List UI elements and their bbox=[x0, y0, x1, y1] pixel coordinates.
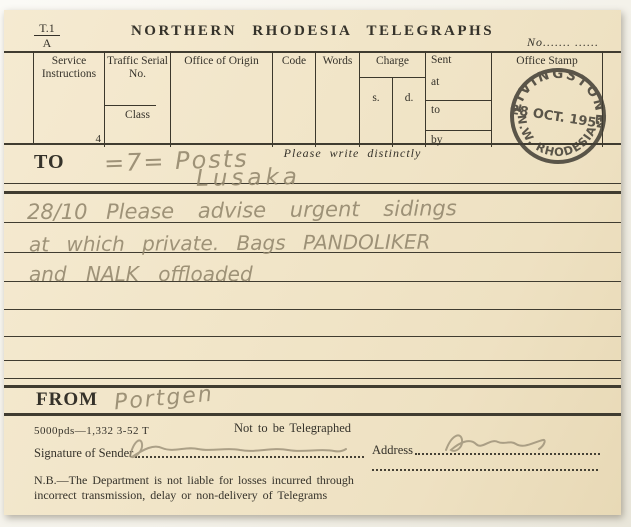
rule-msg-6 bbox=[4, 360, 621, 361]
code-label: Code bbox=[273, 55, 315, 68]
sent-label: Sent bbox=[426, 51, 491, 73]
col-service-instructions: Service Instructions 4 bbox=[34, 51, 105, 147]
rule-msg-4 bbox=[4, 309, 621, 310]
traffic-class-divider bbox=[105, 105, 156, 106]
col-traffic-serial: Traffic Serial No. Class bbox=[105, 51, 171, 147]
col-words: Words bbox=[316, 51, 360, 147]
signature-of-sender-label: Signature of Sender bbox=[34, 446, 133, 461]
form-page-number: 4 bbox=[96, 133, 102, 146]
col-code: Code bbox=[273, 51, 316, 147]
rule-to-thick bbox=[4, 191, 621, 194]
nb-disclaimer-line1: N.B.—The Department is not liable for lo… bbox=[34, 473, 379, 488]
from-label: FROM bbox=[36, 389, 98, 411]
class-label: Class bbox=[105, 109, 170, 122]
telegram-number-label: No....... ...... bbox=[527, 35, 599, 50]
sent-at-label: at bbox=[426, 73, 491, 101]
rule-msg-1 bbox=[4, 222, 621, 223]
sender-signature-scribble bbox=[122, 434, 350, 462]
handwritten-message-date: 28/10 bbox=[27, 200, 88, 224]
charge-pence-label: d. bbox=[393, 78, 425, 147]
handwritten-message-line1: Please advise urgent sidings bbox=[106, 196, 457, 224]
charge-subcolumns: s. d. bbox=[360, 78, 425, 147]
rule-from-top bbox=[4, 385, 621, 388]
handwritten-message-line3: and NALK offloaded bbox=[29, 262, 253, 286]
sent-to-label: to bbox=[426, 101, 491, 131]
telegram-form: T.1 A NORTHERN RHODESIA TELEGRAPHS No...… bbox=[4, 10, 621, 515]
office-of-origin-label: Office of Origin bbox=[171, 55, 272, 68]
address-dotted-line-2 bbox=[372, 469, 598, 471]
to-label: TO bbox=[34, 151, 65, 174]
words-label: Words bbox=[316, 55, 359, 68]
address-scribble bbox=[440, 430, 552, 460]
rule-msg-5 bbox=[4, 336, 621, 337]
sent-by-label: by bbox=[426, 131, 491, 147]
handwritten-message-line2: at which private. Bags PANDOLIKER bbox=[29, 230, 431, 257]
address-label: Address bbox=[372, 443, 413, 458]
rule-msg-7 bbox=[4, 378, 621, 379]
traffic-serial-label: Traffic Serial No. bbox=[105, 55, 170, 81]
charge-label: Charge bbox=[360, 51, 425, 78]
col-sent: Sent at to by bbox=[426, 51, 492, 147]
nb-disclaimer-line2: incorrect transmission, delay or non-del… bbox=[34, 488, 379, 503]
livingstone-postmark-stamp: LIVINGSTONE N.W. RHODESIA 28 OCT. 1952 •… bbox=[487, 45, 621, 187]
col-office-of-origin: Office of Origin bbox=[171, 51, 273, 147]
col-charge: Charge s. d. bbox=[360, 51, 426, 147]
rule-to bbox=[4, 183, 621, 184]
charge-shillings-label: s. bbox=[360, 78, 393, 147]
rule-from-bottom bbox=[4, 413, 621, 416]
service-instructions-label: Service Instructions bbox=[34, 55, 104, 81]
handwritten-destination: Lusaka bbox=[196, 164, 301, 192]
